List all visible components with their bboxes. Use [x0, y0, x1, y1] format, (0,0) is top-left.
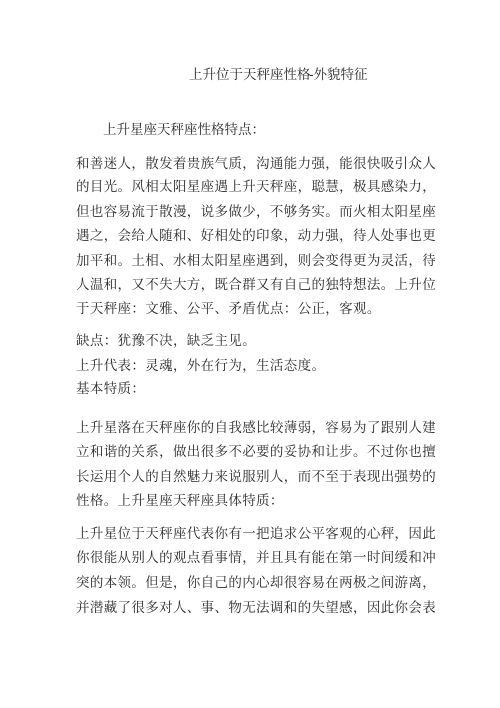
- represents-line: 上升代表：灵魂，外在行为，生活态度。: [76, 357, 392, 375]
- title-subtitle: -外貌特征: [309, 66, 368, 84]
- paragraph-line: 但也容易流于散漫，说多做少，不够务实。而火相太阳星座: [76, 203, 392, 221]
- paragraph-line: 上升星落在天秤座你的自我感比较薄弱，容易为了跟别人建: [76, 419, 392, 437]
- paragraph-line: 并潜藏了很多对人、事、物无法调和的失望感，因此你会表: [76, 599, 392, 617]
- basic-traits-heading: 基本特质：: [76, 380, 392, 398]
- shortcomings-line: 缺点：犹豫不决，缺乏主见。: [76, 332, 392, 350]
- paragraph-line: 和善迷人，散发着贵族气质，沟通能力强，能很快吸引众人: [76, 155, 392, 173]
- paragraph-line: 遇之，会给人随和、好相处的印象，动力强，待人处事也更: [76, 227, 392, 245]
- paragraph-line: 立和谐的关系，做出很多不必要的妥协和让步。不过你也擅: [76, 443, 392, 461]
- paragraph-line: 的目光。风相太阳星座遇上升天秤座，聪慧，极具感染力，: [76, 178, 392, 196]
- title-main: 上升位于天秤座性格: [189, 66, 311, 84]
- paragraph-line: 突的本领。但是，你自己的内心却很容易在两极之间游离，: [76, 574, 392, 592]
- section-heading: 上升星座天秤座性格特点：: [103, 121, 265, 139]
- document-page: 上升位于天秤座性格 -外貌特征 上升星座天秤座性格特点： 和善迷人，散发着贵族气…: [0, 0, 500, 708]
- paragraph-line: 长运用个人的自然魅力来说服别人，而不至于表现出强势的: [76, 468, 392, 486]
- paragraph-line: 加平和。土相、水相太阳星座遇到，则会变得更为灵活，待: [76, 252, 392, 270]
- paragraph-line: 性格。上升星座天秤座具体特质：: [76, 492, 392, 510]
- paragraph-line: 于天秤座：文雅、公平、矛盾优点：公正，客观。: [76, 300, 392, 318]
- paragraph-line: 上升星位于天秤座代表你有一把追求公平客观的心秤，因此: [76, 525, 392, 543]
- paragraph-line: 你很能从别人的观点看事情，并且具有能在第一时间缓和冲: [76, 549, 392, 567]
- paragraph-line: 人温和，又不失大方，既合群又有自己的独特想法。上升位: [76, 276, 392, 294]
